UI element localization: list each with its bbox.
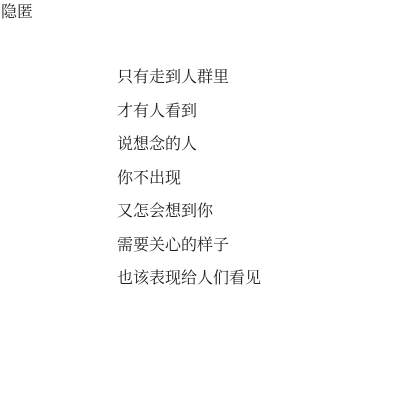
poem-line: 你不出现	[117, 167, 261, 201]
poem-page: 隐匿 只有走到人群里 才有人看到 说想念的人 你不出现 又怎会想到你 需要关心的…	[0, 0, 400, 400]
poem-title: 隐匿	[1, 2, 33, 22]
poem-body: 只有走到人群里 才有人看到 说想念的人 你不出现 又怎会想到你 需要关心的样子 …	[117, 66, 261, 301]
poem-line: 只有走到人群里	[117, 66, 261, 100]
poem-line: 又怎会想到你	[117, 200, 261, 234]
poem-line: 说想念的人	[117, 133, 261, 167]
poem-line: 也该表现给人们看见	[117, 267, 261, 301]
poem-line: 需要关心的样子	[117, 234, 261, 268]
poem-line: 才有人看到	[117, 100, 261, 134]
